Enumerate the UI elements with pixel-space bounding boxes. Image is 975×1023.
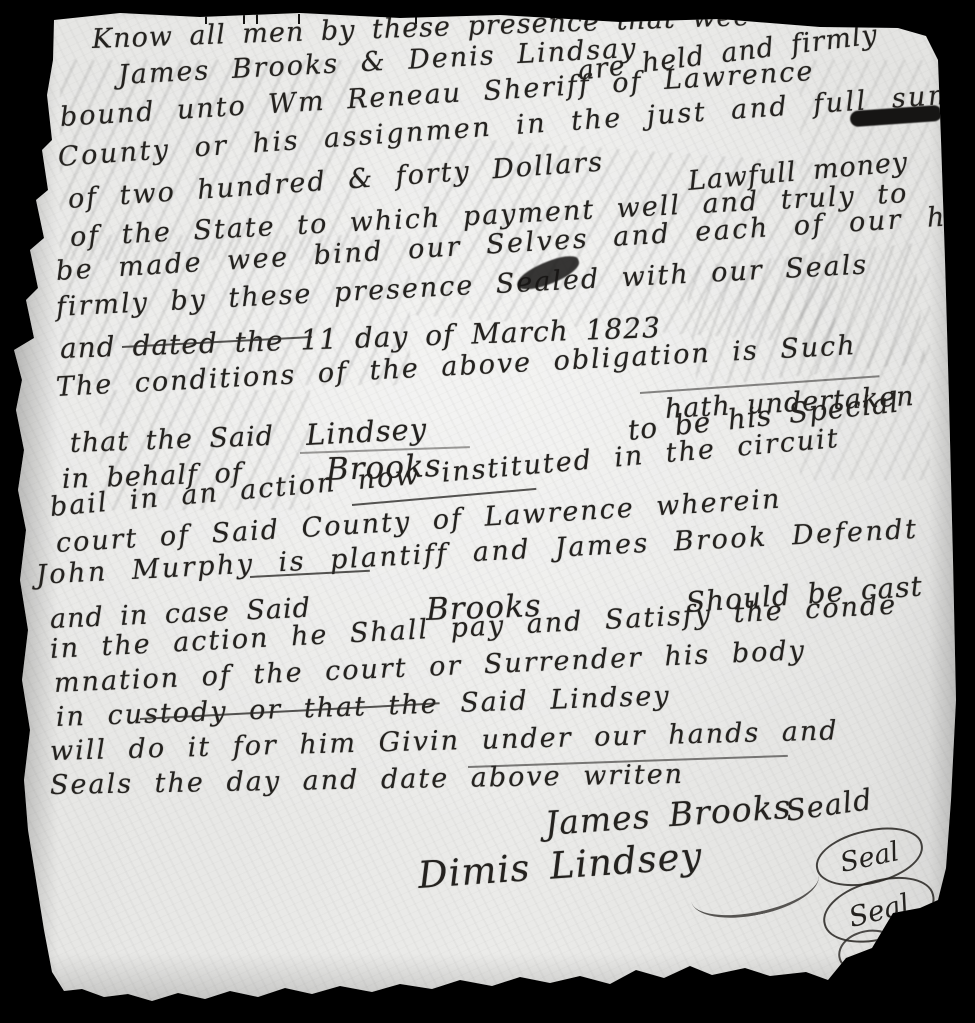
seal-label: Seal <box>837 836 901 879</box>
edge-shading-bottom <box>0 953 975 1023</box>
document-paper: Know all men by these presence that wee … <box>0 0 975 1023</box>
scan-background: Know all men by these presence that wee … <box>0 0 975 1023</box>
edge-shading-right <box>929 0 963 1023</box>
handwritten-line: Lindsey <box>305 412 428 452</box>
seal-label: Seal <box>845 887 913 934</box>
torn-edge-shading-left <box>0 0 58 1023</box>
